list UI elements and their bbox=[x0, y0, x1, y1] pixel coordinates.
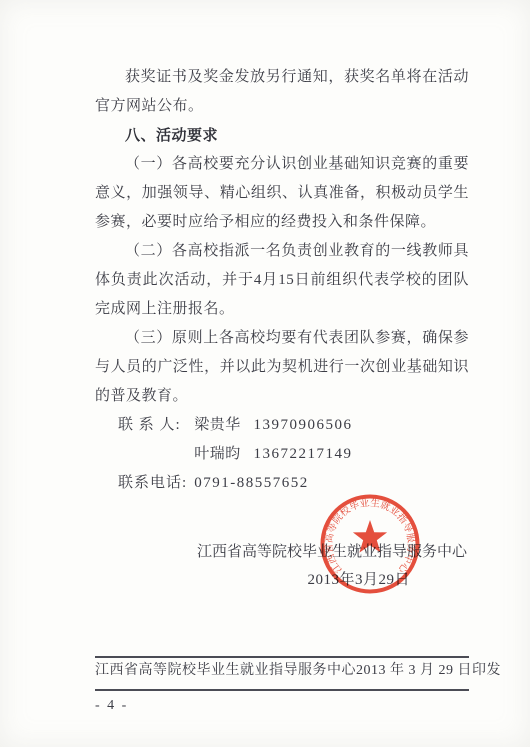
contact-person-1: 联 系 人: 梁贵华 13970906506 bbox=[118, 411, 469, 440]
office-phone-label: 联系电话: bbox=[118, 469, 190, 498]
footer-print-date: 2013 年 3 月 29 日印发 bbox=[356, 661, 501, 681]
star-icon bbox=[353, 520, 387, 553]
contact-block: 联 系 人: 梁贵华 13970906506 叶瑞昀 13672217149 联… bbox=[95, 411, 469, 498]
contact-person-2-phone: 13672217149 bbox=[254, 446, 353, 462]
intro-paragraph: 获奖证书及奖金发放另行通知，获奖名单将在活动官方网站公布。 bbox=[95, 63, 469, 121]
footer-rule-top bbox=[95, 656, 469, 658]
page-number: - 4 - bbox=[95, 698, 128, 714]
office-phone-value: 0791-88557652 bbox=[194, 475, 309, 491]
requirement-item-2: （二）各高校指派一名负责创业教育的一线教师具体负责此次活动，并于4月15日前组织… bbox=[95, 237, 469, 324]
footer-rule-bottom bbox=[95, 689, 469, 691]
footer-issuer: 江西省高等院校毕业生就业指导服务中心 bbox=[95, 661, 356, 681]
contact-person-label: 联 系 人: bbox=[118, 411, 190, 440]
requirement-item-3: （三）原则上各高校均要有代表团队参赛，确保参与人员的广泛性，并以此为契机进行一次… bbox=[95, 324, 469, 411]
contact-person-1-phone: 13970906506 bbox=[254, 417, 353, 433]
contact-person-2-name: 叶瑞昀 bbox=[194, 440, 249, 469]
document-body: 获奖证书及奖金发放另行通知，获奖名单将在活动官方网站公布。 八、活动要求 （一）… bbox=[95, 63, 469, 498]
contact-person-1-name: 梁贵华 bbox=[194, 411, 249, 440]
contact-person-2: 叶瑞昀 13672217149 bbox=[118, 440, 469, 469]
seal-graphic: 江西省高等院校毕业生就业指导服务中心 bbox=[318, 492, 422, 596]
official-seal-stamp: 江西省高等院校毕业生就业指导服务中心 bbox=[318, 492, 422, 596]
document-page: 获奖证书及奖金发放另行通知，获奖名单将在活动官方网站公布。 八、活动要求 （一）… bbox=[0, 0, 530, 747]
requirement-item-1: （一）各高校要充分认识创业基础知识竞赛的重要意义，加强领导、精心组织、认真准备，… bbox=[95, 150, 469, 237]
footer-colophon: 江西省高等院校毕业生就业指导服务中心 2013 年 3 月 29 日印发 bbox=[95, 661, 469, 681]
section-heading: 八、活动要求 bbox=[95, 121, 469, 150]
